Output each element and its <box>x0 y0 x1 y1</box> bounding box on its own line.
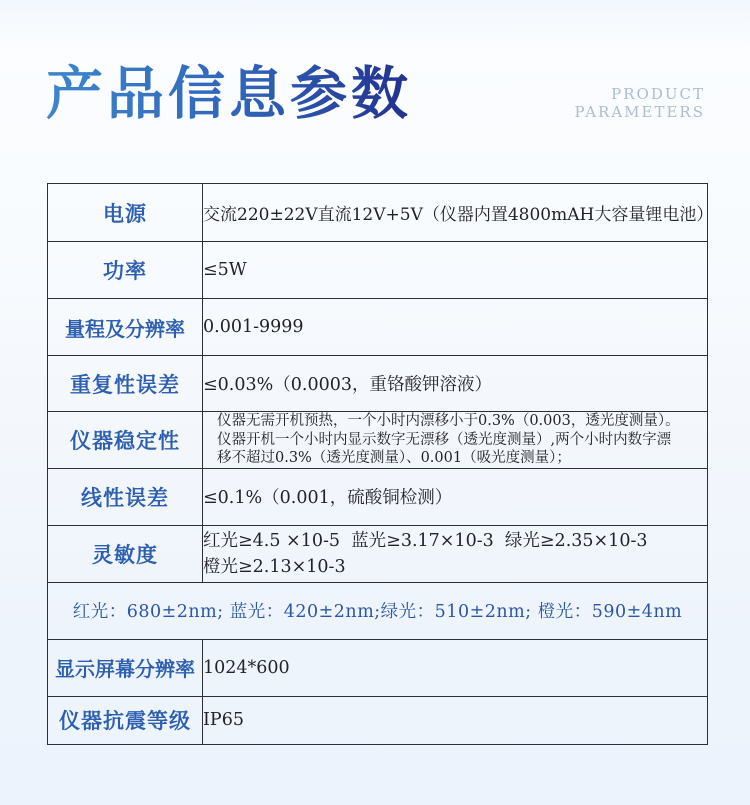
spec-label: 仪器稳定性 <box>48 412 203 469</box>
spec-row-stability: 仪器稳定性 仪器无需开机预热，一个小时内漂移小于0.3%（0.003，透光度测量… <box>48 412 708 469</box>
spec-row-wattage: 功率 ≤5W <box>48 242 708 299</box>
spec-value: ≤0.1%（0.001，硫酸铜检测） <box>203 468 708 525</box>
page-subtitle-line1: PRODUCT <box>574 85 705 103</box>
spec-value-wavelengths: 红光：680±2nm; 蓝光：420±2nm;绿光：510±2nm; 橙光：59… <box>48 582 708 639</box>
spec-row-range-resolution: 量程及分辨率 0.001-9999 <box>48 299 708 356</box>
page-subtitle-en: PRODUCT PARAMETERS <box>574 85 705 121</box>
spec-value: ≤5W <box>203 242 708 299</box>
spec-row-shock-rating: 仪器抗震等级 IP65 <box>48 696 708 744</box>
spec-value: 仪器无需开机预热，一个小时内漂移小于0.3%（0.003，透光度测量）。 仪器开… <box>203 412 708 469</box>
spec-label: 线性误差 <box>48 468 203 525</box>
spec-value: 1024*600 <box>203 639 708 696</box>
spec-label: 功率 <box>48 242 203 299</box>
spec-row-linearity-error: 线性误差 ≤0.1%（0.001，硫酸铜检测） <box>48 468 708 525</box>
spec-row-repeatability-error: 重复性误差 ≤0.03%（0.0003，重铬酸钾溶液） <box>48 356 708 412</box>
spec-label: 灵敏度 <box>48 525 203 582</box>
page-subtitle-line2: PARAMETERS <box>574 103 705 121</box>
spec-value: IP65 <box>203 696 708 744</box>
spec-label: 电源 <box>48 184 203 242</box>
spec-row-sensitivity: 灵敏度 红光≥4.5 ×10-5 蓝光≥3.17×10-3 绿光≥2.35×10… <box>48 525 708 582</box>
product-parameters-section: 产品信息参数 PRODUCT PARAMETERS 电源 交流220±22V直流… <box>0 0 750 805</box>
spec-label: 重复性误差 <box>48 356 203 412</box>
spec-table: 电源 交流220±22V直流12V+5V（仪器内置4800mAH大容量锂电池） … <box>47 183 708 745</box>
spec-row-power: 电源 交流220±22V直流12V+5V（仪器内置4800mAH大容量锂电池） <box>48 184 708 242</box>
spec-row-wavelengths: 红光：680±2nm; 蓝光：420±2nm;绿光：510±2nm; 橙光：59… <box>48 582 708 639</box>
spec-value: 交流220±22V直流12V+5V（仪器内置4800mAH大容量锂电池） <box>203 184 708 242</box>
page-title: 产品信息参数 <box>46 58 412 129</box>
spec-value: 0.001-9999 <box>203 299 708 356</box>
spec-label: 量程及分辨率 <box>48 299 203 356</box>
spec-label: 显示屏幕分辨率 <box>48 639 203 696</box>
spec-row-screen-resolution: 显示屏幕分辨率 1024*600 <box>48 639 708 696</box>
spec-label: 仪器抗震等级 <box>48 696 203 744</box>
spec-value: 红光≥4.5 ×10-5 蓝光≥3.17×10-3 绿光≥2.35×10-3 橙… <box>203 525 708 582</box>
spec-value: ≤0.03%（0.0003，重铬酸钾溶液） <box>203 356 708 412</box>
